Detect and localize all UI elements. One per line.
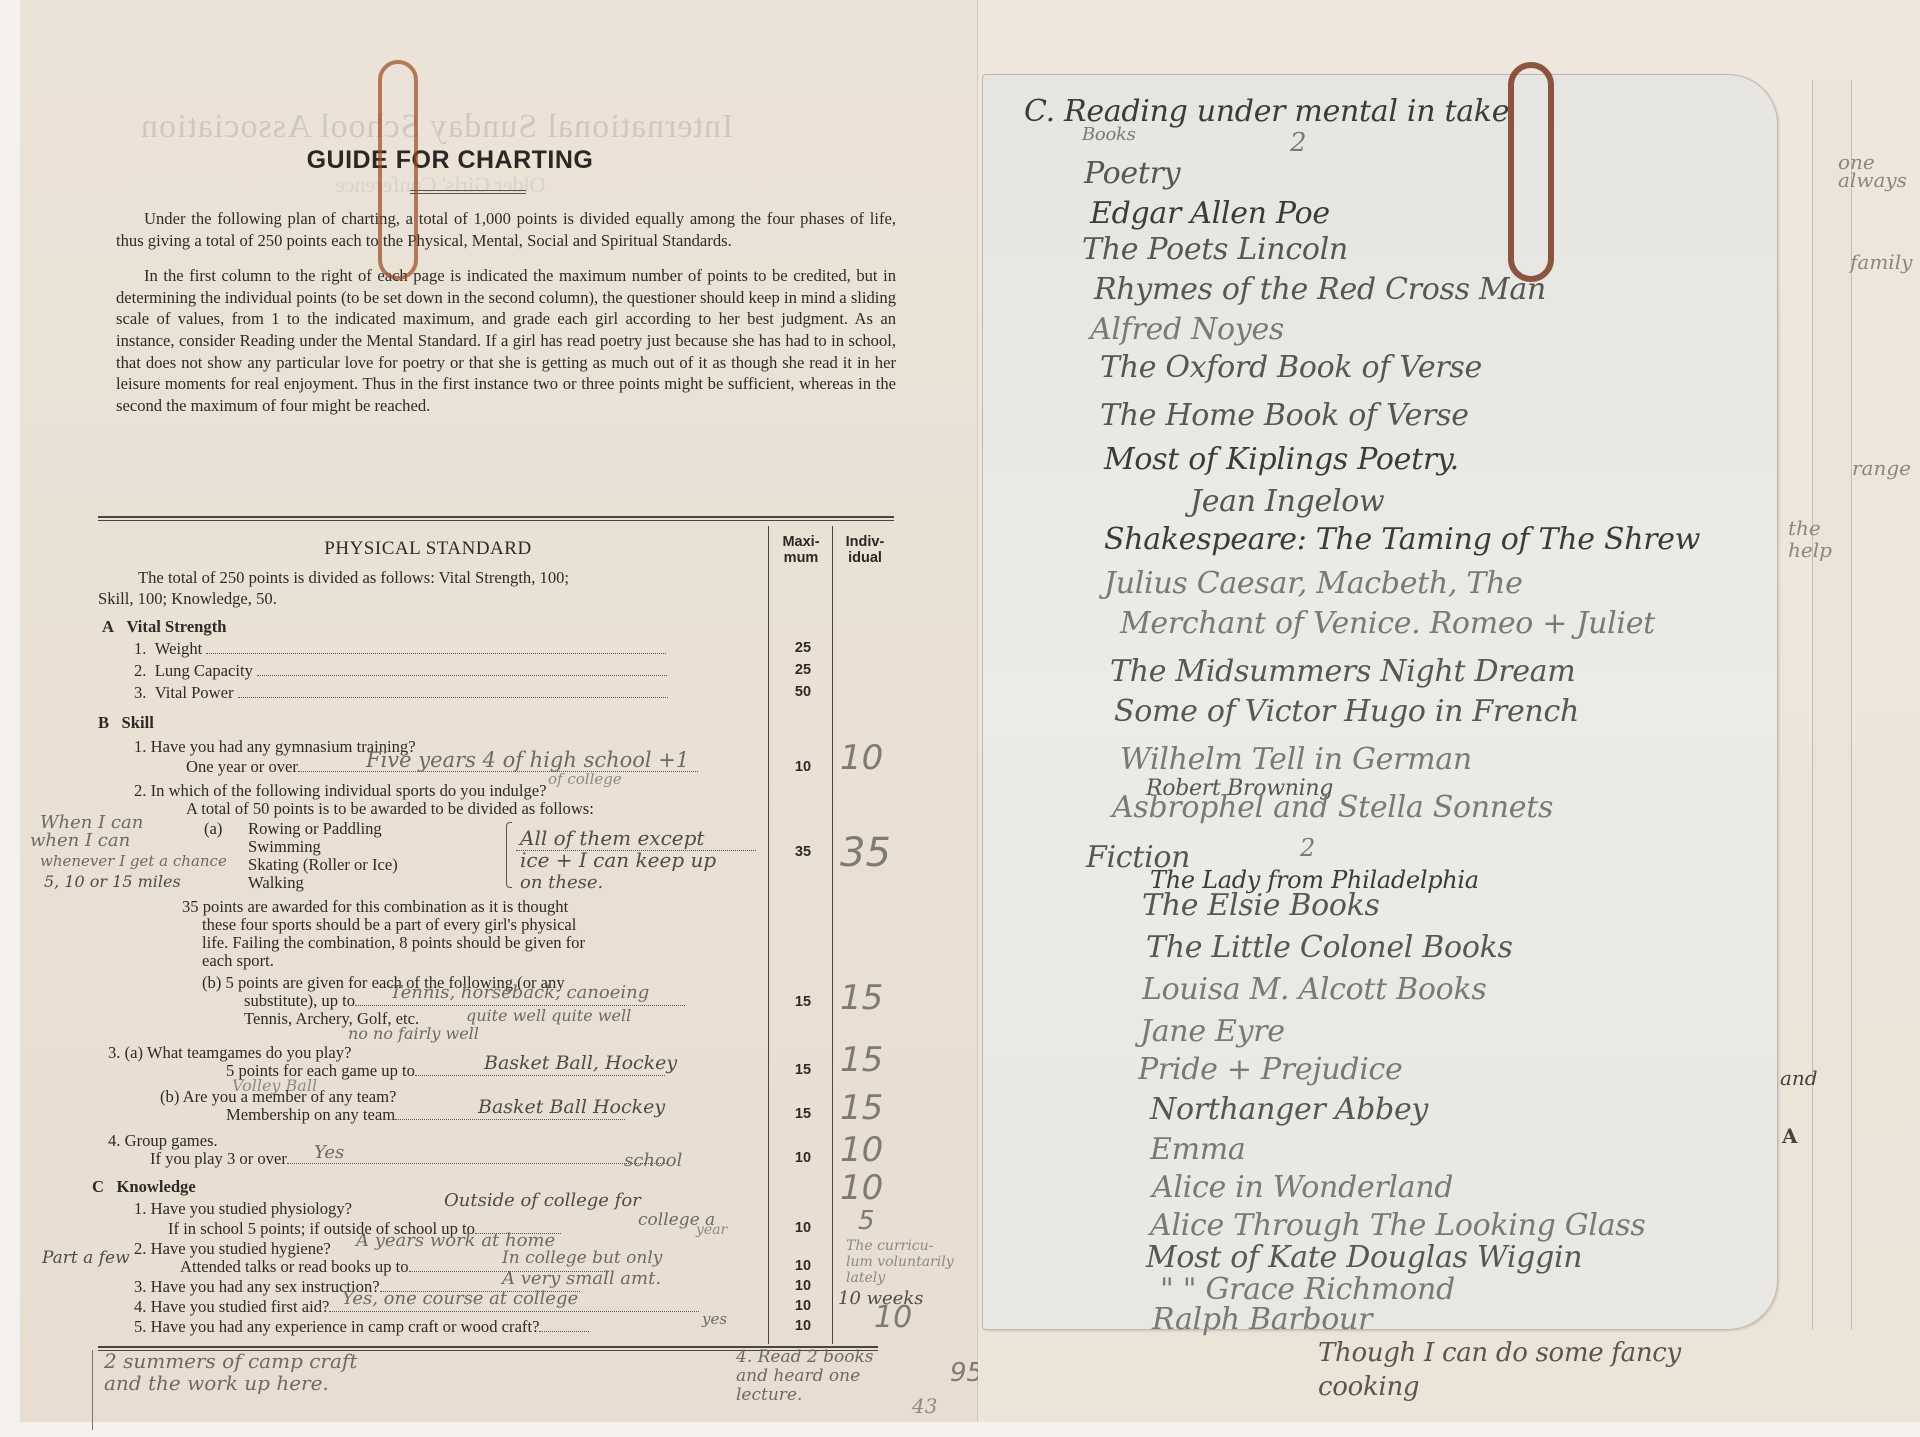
side-note-line: The curricu- <box>846 1238 954 1254</box>
question-text: A total of 50 points is to be awarded to… <box>186 798 594 819</box>
handwritten-score: 15 <box>840 1088 883 1128</box>
check-mark: 2 <box>1290 128 1306 158</box>
list-item: Wilhelm Tell in German <box>1120 742 1472 777</box>
table-row: If you play 3 or over <box>150 1148 667 1169</box>
side-note-line: lum voluntarily <box>846 1254 954 1270</box>
list-item: Alice in Wonderland <box>1152 1170 1453 1205</box>
margin-note: A <box>1782 1124 1798 1148</box>
section-name: Vital Strength <box>126 617 226 636</box>
table-row: 3. Vital Power <box>134 682 668 703</box>
max-points: 15 <box>788 1062 818 1078</box>
footer-summary-line: and heard one <box>736 1367 874 1386</box>
handwritten-answer: on these. <box>520 872 603 893</box>
maximum-column-header: Maxi- mum <box>772 534 830 566</box>
handwritten-answer: of college <box>548 770 622 788</box>
list-item: Alice Through The Looking Glass <box>1150 1208 1646 1243</box>
footer-note-line: and the work up here. <box>104 1372 357 1394</box>
note-text: each sport. <box>202 950 274 971</box>
question-text: 5. Have you had any experience in camp c… <box>134 1317 539 1336</box>
margin-note: and <box>1780 1066 1818 1090</box>
check-mark: 2 <box>1300 834 1315 862</box>
question-text: 1. Have you studied physiology? <box>134 1198 352 1219</box>
title-rule <box>410 190 526 194</box>
table-top-rule <box>98 516 894 521</box>
item-label: Weight <box>155 639 203 658</box>
handwritten-answer: Basket Ball Hockey <box>478 1096 665 1118</box>
answer-line <box>415 1075 665 1076</box>
document-spread: International Sunday School Association … <box>0 0 1920 1437</box>
question-text: If you play 3 or over <box>150 1149 287 1168</box>
handwritten-answer: All of them except <box>520 826 704 850</box>
struck-word: Books <box>1082 124 1136 145</box>
item-number: 1. <box>134 639 146 658</box>
underlying-sheet-edge <box>1812 80 1852 1330</box>
list-item: Some of Victor Hugo in French <box>1114 694 1579 729</box>
max-points: 15 <box>788 1106 818 1122</box>
max-points: 10 <box>788 759 818 775</box>
list-item: Alfred Noyes <box>1090 312 1284 347</box>
sport-item: Walking <box>248 872 304 893</box>
handwritten-answer: year <box>696 1222 727 1238</box>
header-line: mum <box>772 550 830 566</box>
list-item: Most of Kate Douglas Wiggin <box>1146 1240 1582 1275</box>
handwritten-answer: Outside of college for <box>444 1190 641 1211</box>
handwritten-answer: quite well quite well <box>466 1006 631 1025</box>
intro-text: Under the following plan of charting, a … <box>116 208 896 430</box>
list-item: Merchant of Venice. Romeo + Juliet <box>1120 606 1655 641</box>
question-text: One year or over <box>186 757 298 776</box>
handwritten-answer: Five years 4 of high school +1 <box>366 748 689 772</box>
list-item: Jane Eyre <box>1140 1014 1285 1049</box>
dotted-leader <box>206 653 666 654</box>
margin-note: family <box>1850 250 1912 274</box>
list-item: Jean Ingelow <box>1190 484 1384 519</box>
max-points: 10 <box>788 1220 818 1236</box>
item-number: 3. <box>134 683 146 702</box>
list-item: The Elsie Books <box>1142 888 1380 923</box>
paper-clip-icon <box>1508 62 1554 282</box>
list-item: The Midsummers Night Dream <box>1110 654 1575 689</box>
subtotal-score: 43 <box>912 1394 937 1418</box>
header-line: Maxi- <box>772 534 830 550</box>
question-text: Membership on any team <box>226 1105 395 1124</box>
bleedthrough-subheader: Older Girls' Conference <box>335 172 545 198</box>
answer-line <box>539 1331 589 1332</box>
max-points: 10 <box>788 1318 818 1334</box>
section-title: PHYSICAL STANDARD <box>98 538 758 560</box>
handwritten-answer: A very small amt. <box>502 1268 661 1289</box>
physical-standard-table: PHYSICAL STANDARD Maxi- mum Indiv- idual… <box>98 516 894 1352</box>
list-item: Ralph Barbour <box>1152 1302 1372 1337</box>
margin-note: the <box>1788 516 1821 540</box>
section-letter: B <box>98 713 109 732</box>
footer-note: 2 summers of camp craft and the work up … <box>104 1350 357 1394</box>
table-row: 5. Have you had any experience in camp c… <box>134 1316 589 1337</box>
margin-note: range <box>1852 456 1911 480</box>
handwritten-answer: ice + I can keep up <box>520 848 716 872</box>
footer-summary: 4. Read 2 books and heard one lecture. <box>736 1348 874 1405</box>
item-label: Lung Capacity <box>155 661 253 680</box>
list-item: Louisa M. Alcott Books <box>1142 972 1486 1007</box>
bracket <box>506 822 512 888</box>
intro-paragraph: Under the following plan of charting, a … <box>116 208 896 251</box>
footer-summary-line: 4. Read 2 books <box>736 1348 874 1367</box>
section-a-heading: A Vital Strength <box>102 616 226 637</box>
side-note-line: lately <box>846 1270 954 1286</box>
handwritten-answer: In college but only <box>502 1248 662 1268</box>
column-divider <box>768 526 769 1344</box>
item-number: 2. <box>134 661 146 680</box>
margin-note: help <box>1788 538 1832 562</box>
answer-line <box>329 1311 699 1312</box>
category-poetry: Poetry <box>1084 156 1180 191</box>
list-item: Northanger Abbey <box>1150 1092 1428 1127</box>
subitem-label: (a) <box>204 818 222 839</box>
table-row: 1. Weight <box>134 638 666 659</box>
question-text: Attended talks or read books up to <box>180 1257 409 1276</box>
handwritten-answer: yes <box>702 1310 727 1328</box>
max-points: 10 <box>788 1278 818 1294</box>
list-item: Emma <box>1150 1132 1245 1167</box>
individual-column-header: Indiv- idual <box>836 534 894 566</box>
margin-note: Part a few <box>42 1248 130 1268</box>
section-name: Skill <box>122 713 154 732</box>
table-row: 2. Lung Capacity <box>134 660 667 681</box>
dotted-leader <box>238 697 668 698</box>
margin-note: when I can <box>30 830 130 851</box>
list-item: The Oxford Book of Verse <box>1100 350 1482 385</box>
intro-paragraph: In the first column to the right of each… <box>116 265 896 416</box>
handwritten-answer: Yes <box>314 1142 344 1163</box>
handwritten-score: 10 <box>874 1300 912 1335</box>
list-item: Most of Kiplings Poetry. <box>1104 442 1459 477</box>
answer-line <box>395 1119 625 1120</box>
list-item: Edgar Allen Poe <box>1090 196 1330 231</box>
column-divider <box>832 526 833 1344</box>
bleedthrough-header: International Sunday School Association <box>140 108 733 146</box>
header-line: idual <box>836 550 894 566</box>
handwritten-answer: Basket Ball, Hockey <box>484 1052 677 1074</box>
question-text: 4. Have you studied first aid? <box>134 1297 329 1316</box>
max-points: 10 <box>788 1150 818 1166</box>
underlying-note: Though I can do some fancy <box>1318 1338 1681 1368</box>
underlying-note: cooking <box>1318 1372 1419 1402</box>
list-item: Pride + Prejudice <box>1138 1052 1402 1087</box>
list-item: Asbrophel and Stella Sonnets <box>1112 790 1553 825</box>
max-points: 50 <box>788 684 818 700</box>
handwritten-score: 15 <box>840 978 883 1018</box>
footer-summary-line: lecture. <box>736 1386 874 1405</box>
handwritten-score: 10 <box>840 738 883 778</box>
handwritten-answer: no no fairly well <box>348 1024 479 1043</box>
list-item: Shakespeare: The Taming of The Shrew <box>1104 522 1700 557</box>
footer-note-line: 2 summers of camp craft <box>104 1350 357 1372</box>
header-line: Indiv- <box>836 534 894 550</box>
handwritten-score: 10 <box>840 1168 883 1208</box>
section-letter: A <box>102 617 114 636</box>
list-item: The Home Book of Verse <box>1100 398 1469 433</box>
handwritten-answer: school <box>624 1150 682 1171</box>
list-item: The Little Colonel Books <box>1146 930 1513 965</box>
max-points: 10 <box>788 1298 818 1314</box>
max-points: 35 <box>788 844 818 860</box>
answer-line <box>287 1163 667 1164</box>
handwritten-score: 5 <box>858 1206 875 1236</box>
max-points: 25 <box>788 662 818 678</box>
item-label: Vital Power <box>155 683 234 702</box>
max-points: 25 <box>788 640 818 656</box>
list-item: The Poets Lincoln <box>1082 232 1348 267</box>
section-b-heading: B Skill <box>98 712 154 733</box>
section-name: Knowledge <box>116 1177 195 1196</box>
handwritten-score: 10 <box>840 1130 883 1170</box>
rust-stain <box>378 60 418 280</box>
page-title: GUIDE FOR CHARTING <box>0 146 900 175</box>
max-points: 15 <box>788 994 818 1010</box>
margin-note: always <box>1838 168 1907 192</box>
dotted-leader <box>257 675 667 676</box>
summary-line: The total of 250 points is divided as fo… <box>138 567 569 588</box>
handwritten-answer: Tennis, horseback, canoeing <box>390 982 649 1003</box>
handwritten-score: 35 <box>840 830 891 876</box>
summary-line: Skill, 100; Knowledge, 50. <box>98 588 277 609</box>
max-points: 10 <box>788 1258 818 1274</box>
list-item: Rhymes of the Red Cross Man <box>1094 272 1546 307</box>
handwritten-score: 15 <box>840 1040 883 1080</box>
margin-note: whenever I get a chance <box>40 852 227 870</box>
section-c-heading: C Knowledge <box>92 1176 196 1197</box>
side-note: The curricu- lum voluntarily lately <box>846 1238 954 1286</box>
section-letter: C <box>92 1177 104 1196</box>
margin-note: 5, 10 or 15 miles <box>44 872 181 891</box>
list-item: Julius Caesar, Macbeth, The <box>1104 566 1523 601</box>
handwritten-answer: Yes, one course at college <box>342 1288 578 1309</box>
margin-pencil-line <box>92 1350 93 1430</box>
